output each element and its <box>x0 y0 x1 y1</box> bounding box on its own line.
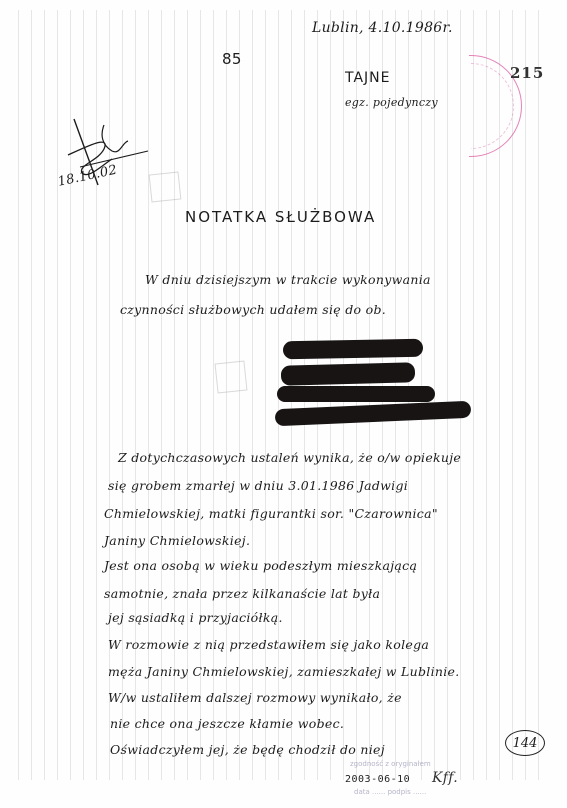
body-line: męża Janiny Chmielowskiej, zamieszkałej … <box>108 664 460 679</box>
copy-note: egz. pojedynczy <box>345 96 438 109</box>
body-line: Janiny Chmielowskiej. <box>104 533 250 548</box>
body-line: Jest ona osobą w wieku podeszłym mieszka… <box>104 558 417 573</box>
body-line: W/w ustaliłem dalszej rozmowy wynikało, … <box>108 690 402 705</box>
archive-stamp-date: 2003-06-10 <box>345 774 410 785</box>
classification-label: TAJNE <box>345 70 391 86</box>
redaction-bar <box>275 401 472 427</box>
body-line: W rozmowie z nią przedstawiłem się jako … <box>108 637 429 652</box>
archive-stamp-text: zgodność z oryginałem <box>350 760 431 768</box>
body-line: Z dotychczasowych ustaleń wynika, że o/w… <box>118 450 461 465</box>
faint-stamp-box <box>215 361 248 394</box>
redaction-bar <box>281 362 415 386</box>
faint-stamp-box <box>149 172 182 203</box>
intro-line: W dniu dzisiejszym w trakcie wykonywania <box>145 272 431 287</box>
redaction-bar <box>283 339 423 359</box>
archive-stamp-text: data ...... podpis ...... <box>354 788 426 796</box>
document-title: NOTATKA SŁUŻBOWA <box>185 208 376 226</box>
page-number-top: 85 <box>222 50 242 68</box>
body-line: samotnie, znała przez kilkanaście lat by… <box>104 586 380 601</box>
body-line: jej sąsiadką i przyjaciółką. <box>108 610 283 625</box>
body-line: nie chce ona jeszcze kłamie wobec. <box>110 716 344 731</box>
body-line: Chmielowskiej, matki figurantki sor. "Cz… <box>104 506 438 521</box>
body-line: się grobem zmarłej w dniu 3.01.1986 Jadw… <box>108 478 408 493</box>
scanned-document-page: Lublin, 4.10.1986r. 85 TAJNE egz. pojedy… <box>0 0 567 808</box>
round-stamp-inner-icon <box>428 63 514 149</box>
archive-initials: Kff. <box>432 770 458 786</box>
circled-page-number: 144 <box>505 730 545 756</box>
redaction-bar <box>277 386 435 402</box>
body-line: Oświadczyłem jej, że będę chodził do nie… <box>110 742 385 757</box>
archive-page-number: 215 <box>510 64 544 82</box>
place-date: Lublin, 4.10.1986r. <box>312 20 453 36</box>
intro-line: czynności służbowych udałem się do ob. <box>120 302 386 317</box>
